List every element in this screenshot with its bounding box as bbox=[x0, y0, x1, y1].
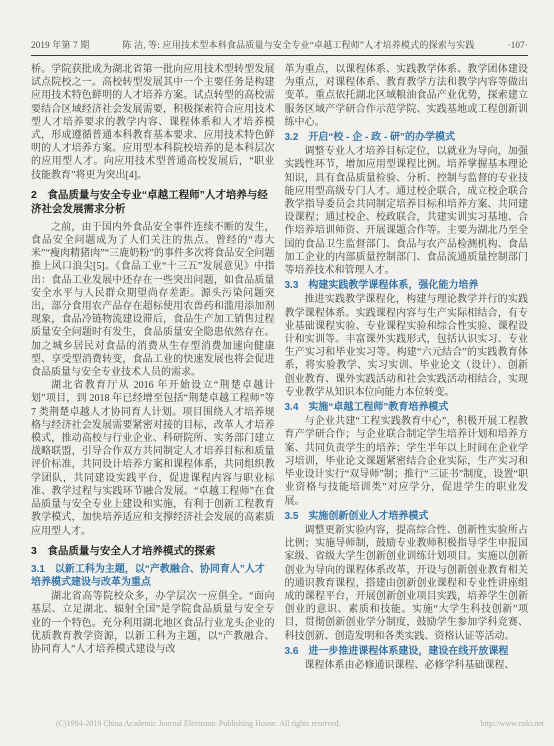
page-footer: (C)1994-2019 China Academic Journal Elec… bbox=[0, 719, 554, 728]
body-paragraph: 调整专业人才培养目标定位，以就业为导向，加强实践性环节，增加应用型课程比例。培养… bbox=[285, 145, 529, 277]
body-paragraph: 课程体系由必修通识课程、必修学科基础课程、 bbox=[285, 659, 529, 672]
body-paragraph: 湖北省高等院校众多，办学层次一应俱全。“面向基层、立足湖北、辐射全国”是学院食品… bbox=[31, 590, 275, 656]
subsection-heading-3-6: 3.6 进一步推进课程体系建设，建设在线开放课程 bbox=[285, 645, 529, 658]
body-paragraph: 之前，由于国内外食品安全事件连续不断的发生，食品安全问题成为了人们关注的焦点。曾… bbox=[31, 221, 275, 379]
page-header: 2019 年第 7 期 陈 洁, 等: 应用技术型本科食品质量与安全专业“卓越工… bbox=[31, 38, 528, 51]
subsection-heading-3-1: 3.1 以新工科为主题，以“产教融合、协同育人”人才培养模式建设与改革为重点 bbox=[31, 563, 275, 589]
subsection-heading-3-4: 3.4 实施“卓越工程师”教育培养模式 bbox=[285, 401, 529, 414]
body-paragraph: 与企业共建“工程实践教育中心”，积极开展工程教育产学研合作；与企业联合制定学生培… bbox=[285, 415, 529, 507]
body-paragraph: 湖北省教育厅从 2016 年开始设立“荆楚卓越计划”项目，到 2018 年已经增… bbox=[31, 379, 275, 537]
subsection-heading-3-3: 3.3 构建实践教学课程体系，强化能力培养 bbox=[285, 279, 529, 292]
body-paragraph: 调整更新实验内容，提高综合性、创新性实验所占比例；实施导师制，鼓励专业教师积极指… bbox=[285, 524, 529, 643]
section-heading-3: 3 食品质量与安全人才培养模式的探索 bbox=[31, 544, 275, 558]
journal-issue: 2019 年第 7 期 bbox=[31, 38, 89, 51]
footer-url: http://www.cnki.net bbox=[481, 719, 544, 728]
column-right: 革为重点，以课程体系、实践教学体系、教学团体建设为重点，对课程体系、教育教学方法… bbox=[285, 63, 529, 698]
subsection-heading-3-2: 3.2 开启“校 - 企 - 政 - 研”的办学模式 bbox=[285, 131, 529, 144]
body-paragraph: 推进实践教学课程化，构建与理论教学并行的实践教学课程体系。实践课程内容与生产实际… bbox=[285, 293, 529, 399]
column-left: 桥。学院获批成为湖北省第一批向应用技术型转型发展试点院校之一。高校转型发展其中一… bbox=[31, 63, 275, 698]
running-title: 陈 洁, 等: 应用技术型本科食品质量与安全专业“卓越工程师”人才培养模式的探索… bbox=[89, 38, 507, 51]
article-body: 桥。学院获批成为湖北省第一批向应用技术型转型发展试点院校之一。高校转型发展其中一… bbox=[31, 63, 528, 698]
copyright-text: (C)1994-2019 China Academic Journal Elec… bbox=[56, 719, 341, 728]
page-number: ·107· bbox=[508, 40, 529, 50]
body-paragraph: 革为重点，以课程体系、实践教学体系、教学团体建设为重点，对课程体系、教育教学方法… bbox=[285, 63, 529, 129]
body-paragraph: 桥。学院获批成为湖北省第一批向应用技术型转型发展试点院校之一。高校转型发展其中一… bbox=[31, 63, 275, 182]
header-rule bbox=[31, 55, 528, 56]
journal-page: { "header": { "issue": "2019 年第 7 期", "r… bbox=[0, 0, 554, 746]
section-heading-2: 2 食品质量与安全专业“卓越工程师”人才培养与经济社会发展需求分析 bbox=[31, 188, 275, 216]
subsection-heading-3-5: 3.5 实施创新创业人才培养模式 bbox=[285, 510, 529, 523]
